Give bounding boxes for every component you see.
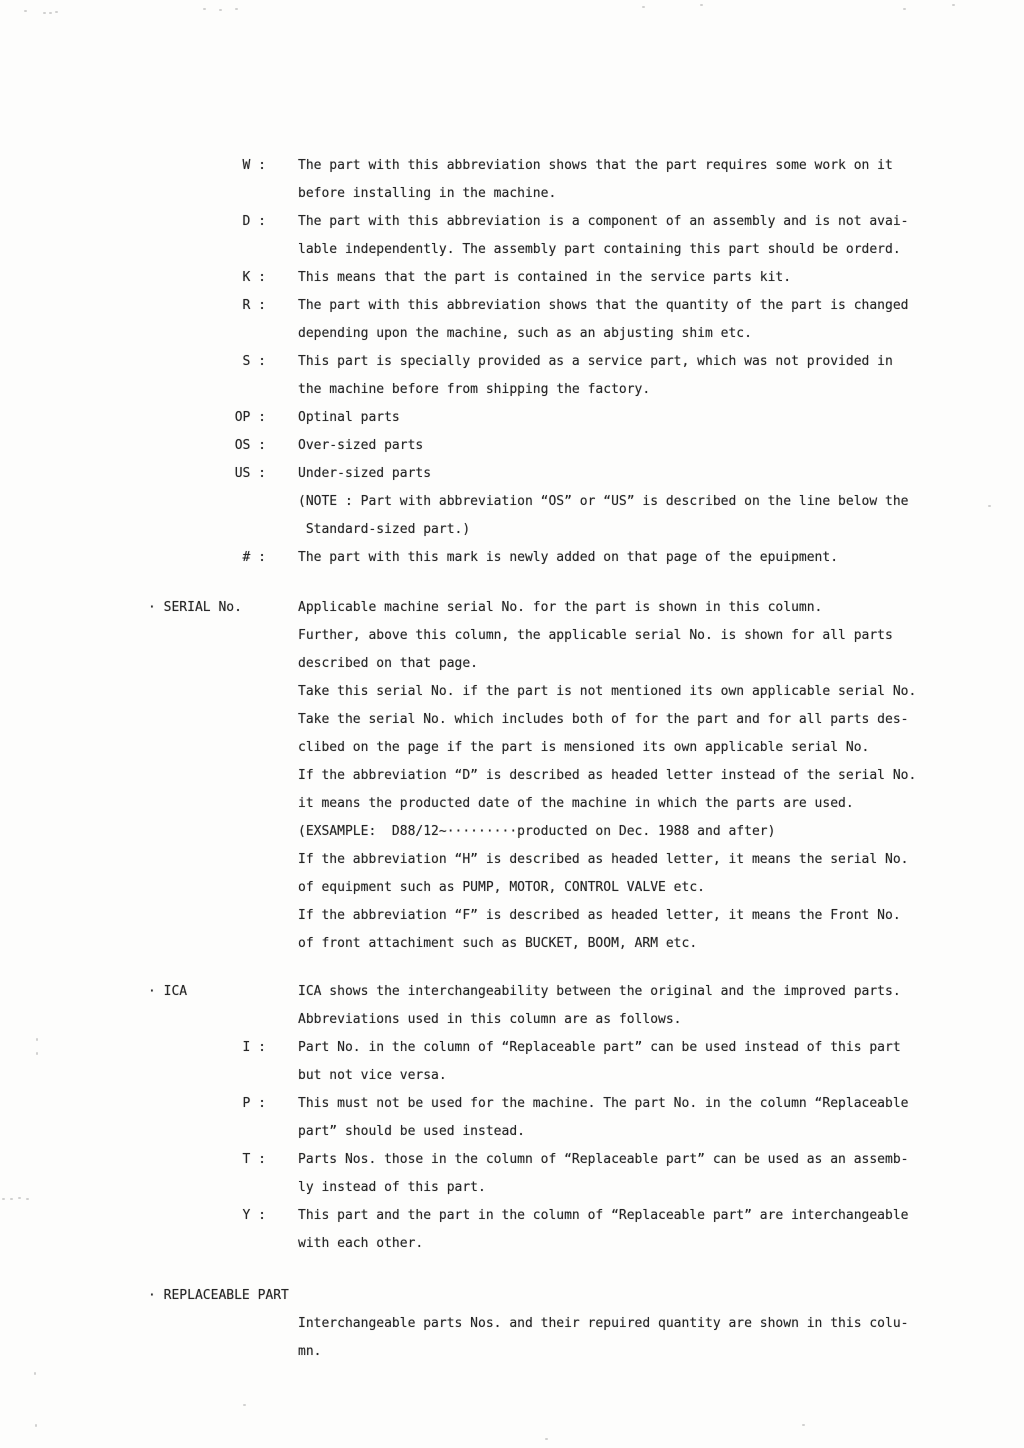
body-line: mn. — [298, 1338, 928, 1366]
ica-item-t: T : Parts Nos. those in the column of “R… — [0, 1146, 1024, 1202]
ica-code-definition: Parts Nos. those in the column of “Repla… — [298, 1146, 928, 1202]
scanned-page: W : The part with this abbreviation show… — [0, 0, 1024, 1448]
body-line: Take the serial No. which includes both … — [298, 706, 928, 734]
definition-line: The part with this mark is newly added o… — [298, 544, 928, 572]
body-line: If the abbreviation “F” is described as … — [298, 902, 928, 930]
abbr-label: R : — [0, 292, 266, 320]
abbr-label: D : — [0, 208, 266, 236]
ica-code-definition: This part and the part in the column of … — [298, 1202, 928, 1258]
definition-line: This part and the part in the column of … — [298, 1202, 928, 1230]
body-line: If the abbreviation “D” is described as … — [298, 762, 928, 790]
serial-no-heading: · SERIAL No. — [148, 594, 242, 622]
scan-noise — [903, 8, 906, 10]
body-line: Applicable machine serial No. for the pa… — [298, 594, 928, 622]
ica-item-i: I : Part No. in the column of “Replaceab… — [0, 1034, 1024, 1090]
definition-line: before installing in the machine. — [298, 180, 928, 208]
ica-code-label: T : — [0, 1146, 266, 1174]
ica-item-p: P : This must not be used for the machin… — [0, 1090, 1024, 1146]
body-line: ICA shows the interchangeability between… — [298, 978, 928, 1006]
scan-noise — [545, 1438, 548, 1440]
replaceable-part-body: Interchangeable parts Nos. and their rep… — [298, 1310, 928, 1366]
definition-line: Optinal parts — [298, 404, 928, 432]
body-line: If the abbreviation “H” is described as … — [298, 846, 928, 874]
scan-noise — [235, 8, 238, 10]
body-line: of front attachiment such as BUCKET, BOO… — [298, 930, 928, 958]
abbreviation-legend: W : The part with this abbreviation show… — [0, 152, 1024, 572]
serial-no-body: Applicable machine serial No. for the pa… — [298, 594, 928, 958]
abbr-definition: Over-sized parts — [298, 432, 928, 460]
abbr-item-op: OP : Optinal parts — [0, 404, 1024, 432]
abbr-label: W : — [0, 152, 266, 180]
replaceable-part-section: · REPLACEABLE PART Interchangeable parts… — [0, 1282, 1024, 1366]
definition-line: Parts Nos. those in the column of “Repla… — [298, 1146, 928, 1174]
replaceable-part-heading: · REPLACEABLE PART — [148, 1282, 1024, 1310]
ica-code-definition: Part No. in the column of “Replaceable p… — [298, 1034, 928, 1090]
scan-noise — [24, 10, 27, 12]
scan-noise — [55, 11, 58, 13]
definition-line: The part with this abbreviation shows th… — [298, 292, 928, 320]
scan-noise — [952, 4, 955, 6]
scan-noise — [203, 8, 206, 10]
definition-line: part” should be used instead. — [298, 1118, 928, 1146]
scan-noise — [36, 1038, 38, 1041]
ica-section: · ICA ICA shows the interchangeability b… — [0, 978, 1024, 1258]
body-line: clibed on the page if the part is mensio… — [298, 734, 928, 762]
ica-code-label: I : — [0, 1034, 266, 1062]
abbr-definition: Optinal parts — [298, 404, 928, 432]
scan-noise — [10, 1198, 13, 1200]
scan-noise — [34, 1372, 36, 1375]
body-line: (EXSAMPLE: D88/12~·········producted on … — [298, 818, 928, 846]
definition-line: This means that the part is contained in… — [298, 264, 928, 292]
ica-code-label: P : — [0, 1090, 266, 1118]
abbr-item-d: D : The part with this abbreviation is a… — [0, 208, 1024, 264]
definition-line: ly instead of this part. — [298, 1174, 928, 1202]
abbr-item-us: US : Under-sized parts (NOTE : Part with… — [0, 460, 1024, 544]
scan-noise — [219, 9, 222, 11]
abbr-definition: Under-sized parts (NOTE : Part with abbr… — [298, 460, 928, 544]
scan-noise — [43, 12, 46, 14]
body-line: it means the producted date of the machi… — [298, 790, 928, 818]
definition-line: The part with this abbreviation shows th… — [298, 152, 928, 180]
scan-noise — [642, 6, 645, 8]
abbr-definition: The part with this abbreviation shows th… — [298, 292, 928, 348]
definition-line: Over-sized parts — [298, 432, 928, 460]
body-line: Take this serial No. if the part is not … — [298, 678, 928, 706]
abbr-item-w: W : The part with this abbreviation show… — [0, 152, 1024, 208]
abbr-label: S : — [0, 348, 266, 376]
abbr-label: OS : — [0, 432, 266, 460]
body-line: Interchangeable parts Nos. and their rep… — [298, 1310, 928, 1338]
definition-line: This part is specially provided as a ser… — [298, 348, 928, 376]
abbr-label: # : — [0, 544, 266, 572]
body-line: described on that page. — [298, 650, 928, 678]
abbr-item-os: OS : Over-sized parts — [0, 432, 1024, 460]
definition-line: lable independently. The assembly part c… — [298, 236, 928, 264]
definition-line: Standard-sized part.) — [298, 516, 928, 544]
scan-noise — [2, 1198, 5, 1200]
abbr-label: US : — [0, 460, 266, 488]
scan-noise — [243, 1404, 246, 1406]
definition-line: but not vice versa. — [298, 1062, 928, 1090]
abbr-definition: This part is specially provided as a ser… — [298, 348, 928, 404]
abbr-label: OP : — [0, 404, 266, 432]
definition-line: with each other. — [298, 1230, 928, 1258]
abbr-item-s: S : This part is specially provided as a… — [0, 348, 1024, 404]
body-line: Abbreviations used in this column are as… — [298, 1006, 928, 1034]
scan-noise — [802, 1424, 805, 1426]
serial-no-section: · SERIAL No. Applicable machine serial N… — [0, 594, 1024, 958]
scan-noise — [988, 505, 991, 507]
ica-code-label: Y : — [0, 1202, 266, 1230]
abbr-definition: The part with this mark is newly added o… — [298, 544, 928, 572]
abbr-definition: The part with this abbreviation shows th… — [298, 152, 928, 208]
definition-line: Under-sized parts — [298, 460, 928, 488]
body-line: of equipment such as PUMP, MOTOR, CONTRO… — [298, 874, 928, 902]
definition-line: The part with this abbreviation is a com… — [298, 208, 928, 236]
definition-line: Part No. in the column of “Replaceable p… — [298, 1034, 928, 1062]
abbr-item-hash: # : The part with this mark is newly add… — [0, 544, 1024, 572]
definition-line: depending upon the machine, such as an a… — [298, 320, 928, 348]
ica-intro: ICA shows the interchangeability between… — [298, 978, 928, 1034]
scan-noise — [49, 12, 52, 14]
scan-noise — [26, 1198, 29, 1200]
abbr-item-r: R : The part with this abbreviation show… — [0, 292, 1024, 348]
abbr-item-k: K : This means that the part is containe… — [0, 264, 1024, 292]
scan-noise — [36, 1052, 38, 1055]
definition-line: the machine before from shipping the fac… — [298, 376, 928, 404]
definition-line: (NOTE : Part with abbreviation “OS” or “… — [298, 488, 928, 516]
ica-item-y: Y : This part and the part in the column… — [0, 1202, 1024, 1258]
ica-code-definition: This must not be used for the machine. T… — [298, 1090, 928, 1146]
ica-heading: · ICA — [148, 978, 187, 1006]
abbr-definition: This means that the part is contained in… — [298, 264, 928, 292]
abbr-definition: The part with this abbreviation is a com… — [298, 208, 928, 264]
definition-line: This must not be used for the machine. T… — [298, 1090, 928, 1118]
scan-noise — [18, 1197, 21, 1199]
abbr-label: K : — [0, 264, 266, 292]
body-line: Further, above this column, the applicab… — [298, 622, 928, 650]
scan-noise — [700, 4, 703, 6]
scan-noise — [35, 1424, 37, 1427]
